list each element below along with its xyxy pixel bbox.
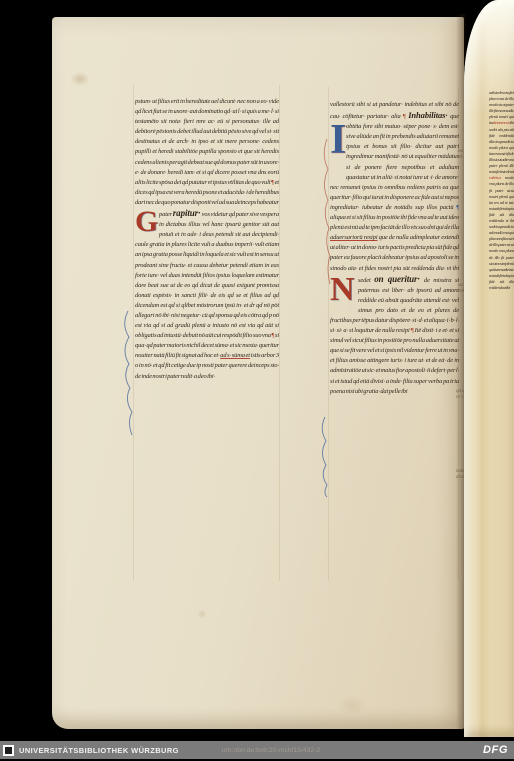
- decorated-initial: G: [135, 209, 157, 237]
- penwork-flourish-blue: [120, 309, 134, 439]
- decorated-initial: N: [330, 275, 357, 313]
- text-segment: dem est· sive aliūde an fit in prebendis…: [330, 123, 459, 211]
- text-segment: pstum· ut filius erit in hereditate uel …: [135, 98, 279, 186]
- scanned-manuscript-viewer: pstum· ut filius erit in hereditate uel …: [0, 0, 514, 761]
- penwork-flourish-red: [320, 137, 332, 287]
- rubric-text: rubrica: [489, 175, 505, 180]
- text-segment: ibi sedet aīa pia sūt fide reddenda dīa …: [489, 120, 514, 174]
- urn-label: urn:nbn:de:bvb:20-mchf15/432-2: [222, 747, 321, 754]
- rubric-text: de iure novo: [493, 120, 510, 125]
- dfg-logo: DFG: [483, 744, 508, 756]
- library-logo-glyph: [5, 747, 12, 754]
- lemma-word: rapitur·: [173, 208, 202, 218]
- lemma-word: on queritur·: [374, 274, 424, 284]
- rubricated-underline: aduersariorū resipi: [330, 234, 378, 241]
- text-segment: Itē dixit· i e et· et si simul vel sicut…: [330, 327, 459, 395]
- facing-page-text: ad iste dr nota fiet plura vna de illo m…: [489, 90, 514, 702]
- rubricated-underline: ad s· sūma et: [220, 352, 250, 359]
- text-segment: modo vna plura de illo fit pater sicut n…: [489, 175, 514, 290]
- ruling-line: [279, 85, 280, 581]
- library-logo: [3, 745, 14, 756]
- watermark-bar: UNIVERSITÄTSBIBLIOTHEK WÜRZBURG urn:nbn:…: [0, 741, 514, 759]
- text-segment: aliqua et si sit filius in positōe ibi f…: [330, 214, 459, 231]
- library-name: UNIVERSITÄTSBIBLIOTHEK WÜRZBURG: [19, 746, 179, 755]
- manuscript-page: pstum· ut filius erit in hereditate uel …: [52, 17, 464, 729]
- text-column-left: pstum· ut filius erit in hereditate uel …: [135, 97, 279, 567]
- text-column-right: vallestorū sibi si ut pandetur· indebitu…: [330, 100, 459, 568]
- rubric-heading: Inhabilitas·: [406, 110, 451, 120]
- penwork-flourish-blue: [318, 415, 330, 499]
